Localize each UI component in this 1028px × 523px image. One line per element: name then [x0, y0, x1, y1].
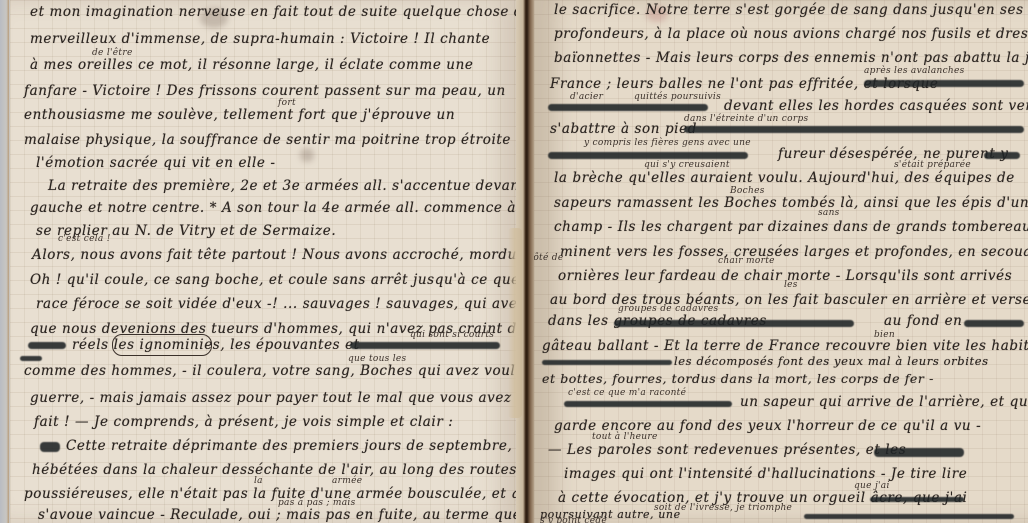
strikethrough — [20, 356, 42, 361]
manuscript-line: le sacrifice. Notre terre s'est gorgée d… — [554, 2, 1024, 18]
manuscript-line: images qui ont l'intensité d'hallucinati… — [564, 466, 967, 482]
strikethrough — [964, 320, 1024, 327]
manuscript-line: Oh ! qu'il coule, ce sang boche, et coul… — [30, 272, 518, 288]
manuscript-line: fait ! — Je comprends, à présent, je voi… — [34, 414, 453, 430]
strikethrough — [40, 442, 60, 452]
strikethrough — [28, 342, 66, 349]
strikethrough — [350, 342, 500, 349]
interlinear-note: qui s'y creusaient — [644, 160, 730, 170]
manuscript-line: profondeurs, à la place où nous avions c… — [554, 26, 1028, 42]
interlinear-note: les — [784, 280, 798, 290]
interlinear-note: y compris les fières gens avec une — [584, 138, 751, 148]
interlinear-note: d'acier — [570, 92, 603, 102]
strikethrough — [804, 514, 1014, 519]
interlinear-note: tout à l'heure — [592, 432, 658, 442]
manuscript-line: s'abattre à son pied — [550, 121, 697, 137]
manuscript-line: guerre, - mais jamais assez pour payer t… — [30, 390, 512, 406]
manuscript-line: hébétées dans la chaleur desséchante de … — [32, 462, 517, 478]
manuscript-line: baïonnettes - Mais leurs corps des ennem… — [554, 50, 1028, 66]
manuscript-line: race féroce se soit vidée d'eux -! ... s… — [36, 296, 518, 312]
manuscript-line: malaise physique, la souffrance de senti… — [24, 132, 518, 148]
manuscript-line: poussiéreuses, elle n'était pas la fuite… — [24, 486, 518, 502]
strikethrough — [548, 104, 708, 111]
manuscript-line: fanfare - Victoire ! Des frissons couren… — [24, 83, 506, 99]
interlinear-note: armée — [332, 476, 362, 486]
strikethrough — [864, 80, 1024, 87]
interlinear-note: sans — [818, 208, 840, 218]
manuscript-line: la brèche qu'elles auraient voulu. Aujou… — [554, 170, 1015, 186]
interlinear-note: dans l'étreinte d'un corps — [684, 114, 808, 124]
manuscript-line: enthousiasme me soulève, tellement fort … — [24, 107, 455, 123]
manuscript-line: merveilleux d'immense, de supra-humain :… — [30, 31, 490, 47]
interlinear-note: s'était préparée — [894, 160, 971, 170]
manuscript-line: s'avoue vaincue - Reculade, oui ; mais p… — [38, 507, 518, 523]
manuscript-line: devant elles les hordes casquées sont ve… — [724, 98, 1028, 114]
manuscript-line: Cette retraite déprimante des premiers j… — [66, 438, 518, 454]
manuscript-line: à mes oreilles ce mot, il résonne large,… — [30, 57, 474, 73]
ink-smudge — [300, 148, 314, 162]
manuscript-line: comme des hommes, - il coulera, votre sa… — [24, 363, 518, 379]
strikethrough — [564, 401, 732, 407]
strikethrough — [870, 497, 964, 502]
scan-left-border — [0, 0, 9, 523]
strikethrough — [684, 126, 1024, 133]
interlinear-note: qui sont si courts — [410, 330, 494, 340]
manuscript-line: Alors, nous avons fait tête partout ! No… — [32, 247, 518, 263]
manuscript-line: et mon imagination nerveuse en fait tout… — [30, 4, 518, 20]
manuscript-line: l'émotion sacrée qui vit en elle - — [36, 155, 276, 171]
manuscript-line: minent vers les fosses, creusées larges … — [560, 244, 1028, 260]
left-page: et mon imagination nerveuse en fait tout… — [10, 0, 518, 523]
manuscript-line: au fond en — [884, 313, 962, 329]
interlinear-note: c'est cela ! — [58, 234, 111, 244]
margin-note: s'y point cédé — [540, 516, 607, 523]
manuscript-line: les décomposés font des yeux mal à leurs… — [674, 354, 989, 368]
manuscript-line: réels les ignominies, les épouvantes et — [72, 337, 360, 353]
interlinear-note: chair morte — [718, 256, 775, 266]
manuscript-line: gâteau ballant - Et la terre de France r… — [542, 338, 1028, 354]
strikethrough — [548, 152, 748, 159]
right-page: le sacrifice. Notre terre s'est gorgée d… — [534, 0, 1028, 523]
manuscript-line: et bottes, fourres, tordus dans la mort,… — [542, 371, 934, 386]
manuscript-line: gauche et notre centre. * A son tour la … — [30, 200, 516, 216]
interlinear-note: c'est ce que m'a raconté — [568, 388, 686, 398]
interlinear-note: côté de — [534, 253, 563, 263]
interlinear-note: la — [254, 476, 263, 486]
manuscript-line: — Les paroles sont redevenues présentes,… — [548, 442, 906, 458]
manuscript-line: La retraite des première, 2e et 3e armée… — [48, 178, 518, 194]
interlinear-note: après les avalanches — [864, 66, 965, 76]
manuscript-line: sapeurs ramassent les Boches tombés là, … — [554, 195, 1028, 211]
strikethrough — [542, 360, 672, 365]
interlinear-note: quittés poursuivis — [634, 92, 721, 102]
spine-tape — [508, 228, 522, 418]
manuscript-line: champ - Ils les chargent par dizaines da… — [554, 219, 1028, 235]
manuscript-line: un sapeur qui arrive de l'arrière, et qu… — [740, 394, 1028, 410]
strikethrough — [614, 320, 854, 327]
strikethrough — [984, 152, 1020, 159]
strikethrough — [874, 448, 964, 457]
